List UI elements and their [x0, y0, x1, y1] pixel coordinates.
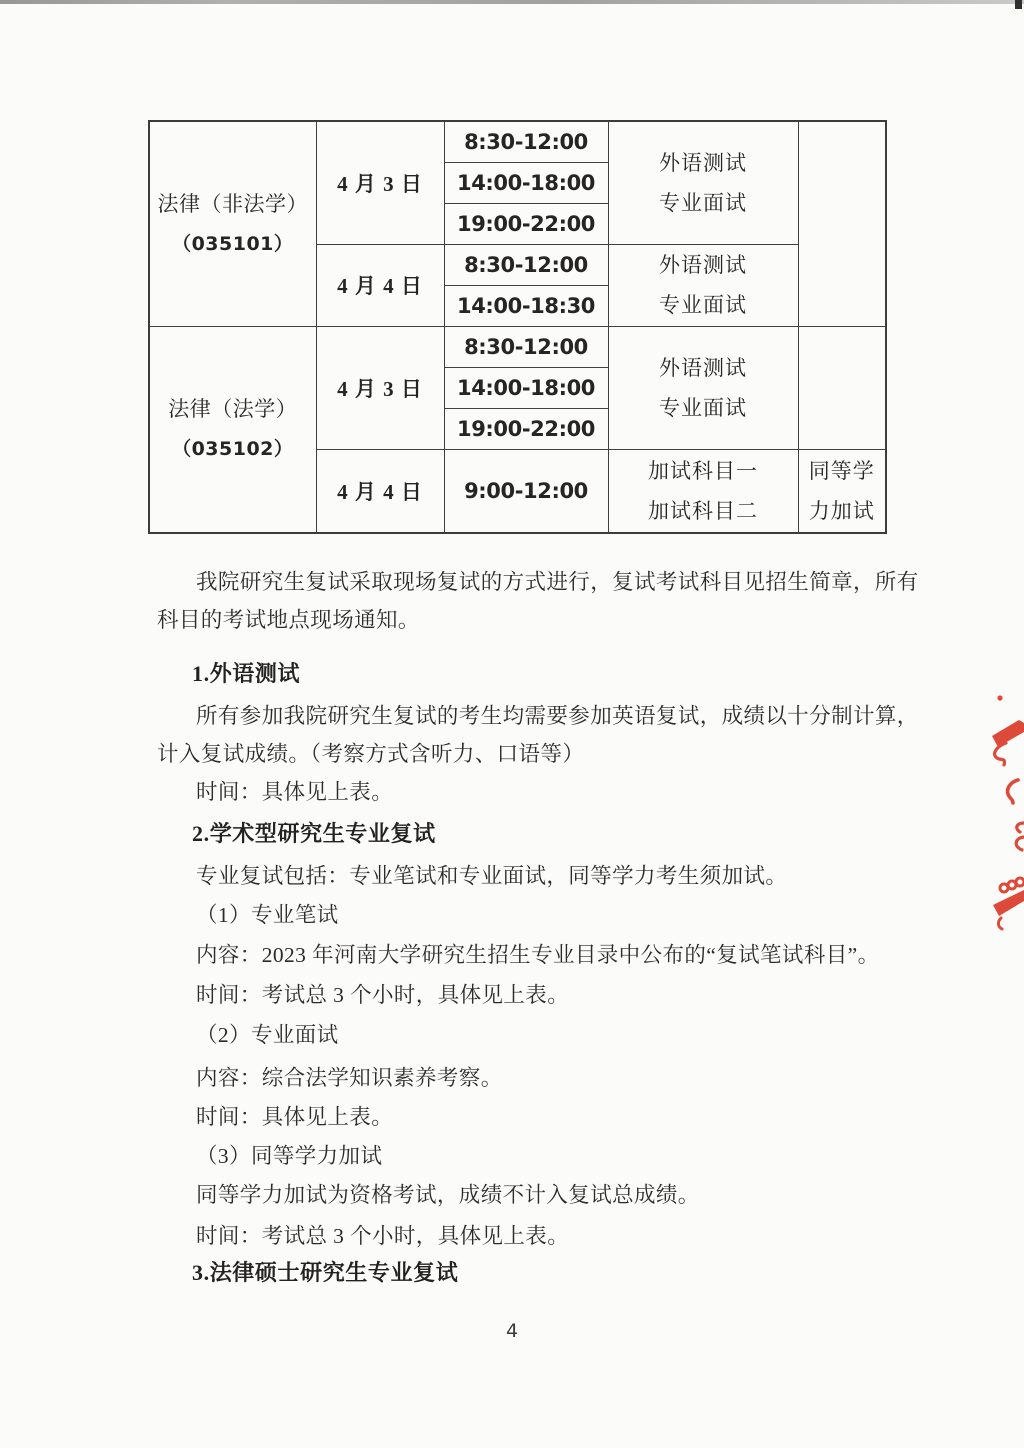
- date-cell: 4 月 3 日: [316, 121, 444, 244]
- paragraph-line: 我院研究生复试采取现场复试的方式进行，复试考试科目见招生简章，所有: [196, 570, 919, 594]
- note-line: 同等学: [799, 451, 886, 491]
- list-item-title: （2）专业面试: [196, 1023, 339, 1047]
- subject-cell: 加试科目一 加试科目二: [608, 449, 798, 533]
- list-item-title: （1）专业笔试: [196, 903, 339, 927]
- red-ink-tail: [998, 918, 1002, 929]
- paragraph-line: 时间：具体见上表。: [196, 1105, 393, 1129]
- date-cell: 4 月 4 日: [316, 449, 444, 533]
- note-cell-empty: [798, 121, 886, 326]
- date-cell: 4 月 4 日: [316, 244, 444, 326]
- note-cell-empty: [798, 326, 886, 449]
- time-cell: 14:00-18:00: [444, 162, 608, 203]
- red-ink-stroke: [992, 720, 1024, 747]
- time-cell: 8:30-12:00: [444, 121, 608, 162]
- red-ink-dot: [997, 695, 1002, 700]
- subject-line: 专业面试: [609, 285, 798, 325]
- exam-schedule-table: 法律（非法学） （035101） 4 月 3 日 8:30-12:00 外语测试…: [148, 120, 887, 534]
- subject-line: 外语测试: [609, 348, 798, 388]
- subject-line: 专业面试: [609, 183, 798, 223]
- subject-cell: 外语测试 专业面试: [608, 244, 798, 326]
- paragraph-line: 内容：2023 年河南大学研究生招生专业目录中公布的“复试笔试科目”。: [196, 943, 879, 967]
- time-cell: 14:00-18:00: [444, 367, 608, 408]
- paragraph-line: 计入复试成绩。（考察方式含听力、口语等）: [157, 742, 584, 766]
- document-page: 法律（非法学） （035101） 4 月 3 日 8:30-12:00 外语测试…: [0, 0, 1024, 1448]
- list-item-title: （3）同等学力加试: [196, 1144, 382, 1168]
- program-cell: 法律（非法学） （035101）: [149, 121, 316, 326]
- program-name: 法律（非法学）: [150, 184, 316, 224]
- time-cell: 19:00-22:00: [444, 408, 608, 449]
- subject-line: 专业面试: [609, 388, 798, 428]
- section-heading-1: 1.外语测试: [192, 662, 300, 686]
- subject-line: 加试科目一: [609, 451, 798, 491]
- paragraph-line: 所有参加我院研究生复试的考生均需要参加英语复试，成绩以十分制计算，: [196, 704, 919, 728]
- time-cell: 9:00-12:00: [444, 449, 608, 533]
- paragraph-line: 时间：考试总 3 个小时，具体见上表。: [196, 1224, 569, 1248]
- paragraph-line: 时间：具体见上表。: [196, 780, 393, 804]
- red-ink-hook: [1008, 780, 1018, 803]
- program-cell: 法律（法学） （035102）: [149, 326, 316, 533]
- time-cell: 14:00-18:30: [444, 285, 608, 326]
- paragraph-line: 专业复试包括：专业笔试和专业面试，同等学力考生须加试。: [196, 864, 787, 888]
- red-ink-arc: [1017, 823, 1024, 832]
- paragraph-line: 内容：综合法学知识素养考察。: [196, 1066, 503, 1090]
- program-name: 法律（法学）: [150, 389, 316, 429]
- subject-line: 加试科目二: [609, 491, 798, 531]
- red-ink-squiggle: [995, 743, 1006, 765]
- subject-cell: 外语测试 专业面试: [608, 326, 798, 449]
- red-ink-arc: [1016, 837, 1024, 850]
- time-cell: 8:30-12:00: [444, 244, 608, 285]
- section-heading-2: 2.学术型研究生专业复试: [192, 822, 436, 846]
- section-heading-3: 3.法律硕士研究生专业复试: [192, 1261, 458, 1285]
- page-number: 4: [0, 1320, 1024, 1342]
- scan-corner-artifact: [1015, 0, 1022, 9]
- subject-line: 外语测试: [609, 143, 798, 183]
- red-ink-loop: [1016, 878, 1024, 886]
- program-code: （035101）: [150, 224, 316, 264]
- paragraph-line: 时间：考试总 3 个小时，具体见上表。: [196, 983, 569, 1007]
- scan-edge-artifact: [0, 0, 1024, 4]
- subject-line: 外语测试: [609, 245, 798, 285]
- paragraph-line: 同等学力加试为资格考试，成绩不计入复试总成绩。: [196, 1183, 700, 1207]
- program-code: （035102）: [150, 429, 316, 469]
- note-line: 力加试: [799, 491, 886, 531]
- time-cell: 8:30-12:00: [444, 326, 608, 367]
- red-ink-marks: [975, 685, 1024, 955]
- note-cell: 同等学 力加试: [798, 449, 886, 533]
- date-cell: 4 月 3 日: [316, 326, 444, 449]
- red-ink-stroke: [993, 890, 1024, 916]
- paragraph-line: 科目的考试地点现场通知。: [157, 608, 420, 632]
- subject-cell: 外语测试 专业面试: [608, 121, 798, 244]
- time-cell: 19:00-22:00: [444, 203, 608, 244]
